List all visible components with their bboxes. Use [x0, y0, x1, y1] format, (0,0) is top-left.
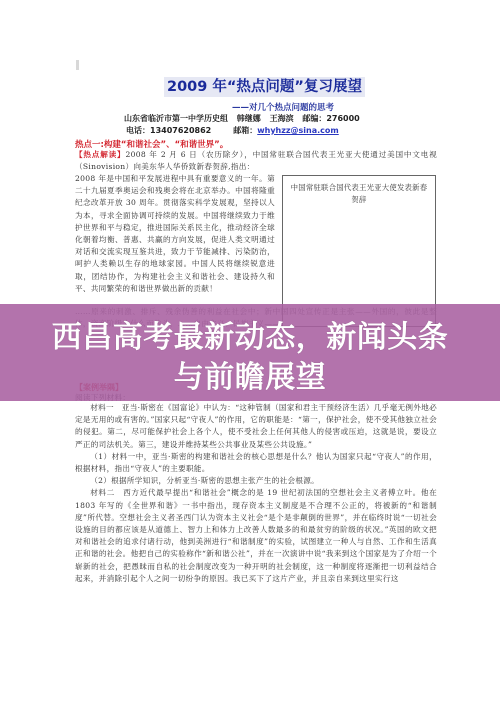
question-2: （2）根据所学知识，分析亚当·斯密的思想主张产生的社会根源。 — [75, 475, 437, 487]
material-2: 材料二 西方近代最早提出“和谐社会”概念的是 19 世纪初法国的空想社会主义者傅… — [75, 487, 437, 585]
material-1: 材料一 亚当·斯密在《国富论》中认为：“这种管制（国家和君主干预经济生活）几乎毫… — [75, 402, 437, 451]
phone: 电话：13407620862 — [126, 126, 211, 135]
document-subtitle: ——对几个热点问题的思考 — [232, 101, 334, 113]
headline-banner: 西昌高考最新动态，新闻头条 与前瞻展望 — [0, 304, 500, 401]
document-page: 2009 年“热点问题”复习展望 ——对几个热点问题的思考 山东省临沂市第一中学… — [0, 0, 500, 707]
document-title: 2009 年“热点问题”复习展望 — [164, 77, 365, 97]
speech-excerpt: 2008 年是中国和平发展进程中具有重要意义的一年。第二十九届夏季奥运会和残奥会… — [75, 173, 275, 295]
materials-body: 材料一 亚当·斯密在《国富论》中认为：“这种管制（国家和君主干预经济生活）几乎毫… — [75, 402, 437, 585]
intro-paragraph: 【热点解读】2008 年 2 月 6 日（农历除夕），中国常驻联合国代表王光亚大… — [75, 149, 437, 173]
banner-headline-line-1: 西昌高考最新动态，新闻头条 — [0, 312, 500, 356]
email-label: 邮箱： — [233, 126, 257, 135]
author-line: 山东省临沂市第一中学历史组 韩继娜 王海滨 邮编：276000 — [124, 113, 360, 124]
email-link[interactable]: whyhzz@sina.com — [257, 126, 339, 135]
contact-line: 电话：13407620862邮箱：whyhzz@sina.com — [126, 125, 339, 136]
image-caption: 中国常驻联合国代表王光亚大使发表新春贺辞 — [283, 176, 435, 206]
intro-text: 2008 年 2 月 6 日（农历除夕），中国常驻联合国代表王光亚大使通过美国中… — [75, 150, 437, 171]
question-1: （1）材料一中，亚当·斯密的构建和谐社会的核心思想是什么？他认为国家只起“守夜人… — [75, 451, 437, 475]
intro-label: 【热点解读】 — [75, 150, 125, 159]
banner-headline-line-2: 与前瞻展望 — [0, 352, 500, 396]
text-cursor-mark — [76, 60, 79, 70]
